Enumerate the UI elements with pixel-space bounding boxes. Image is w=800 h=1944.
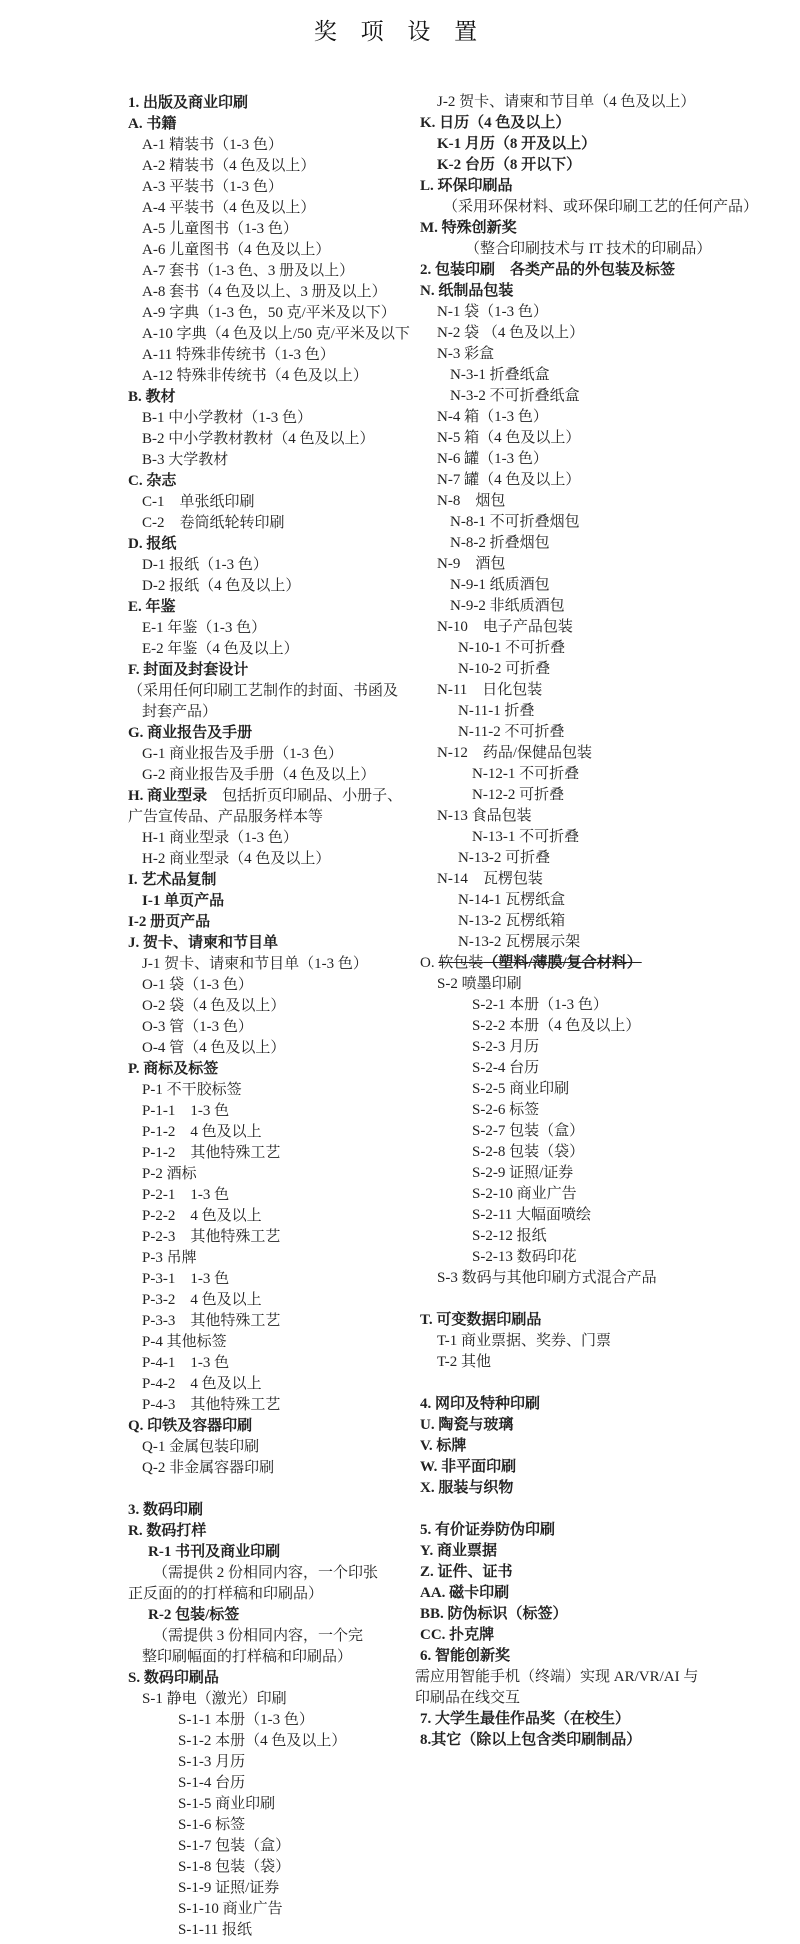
blank-line	[96, 1479, 436, 1500]
line-text: S-2-6 标签	[472, 1102, 539, 1118]
line-text: （整合印刷技术与 IT 技术的印刷品）	[465, 241, 711, 257]
list-line: H. 商业型录 包括折页印刷品、小册子、	[96, 786, 436, 807]
line-text: A. 书籍	[128, 116, 176, 132]
line-text: S-2-2 本册（4 色及以上）	[472, 1018, 640, 1034]
list-line: S-1-5 商业印刷	[96, 1794, 436, 1815]
list-line: H-2 商业型录（4 色及以上）	[96, 849, 436, 870]
list-line: O. 软包装（塑料/薄膜/复合材料）	[404, 953, 800, 974]
list-line: A-6 儿童图书（4 色及以上）	[96, 240, 436, 261]
line-text: W. 非平面印刷	[420, 1459, 516, 1475]
line-text: P-4 其他标签	[142, 1334, 227, 1350]
line-text: A-9 字典（1-3 色，50 克/平米及以下）	[142, 305, 396, 321]
list-line: O-2 袋（4 色及以上）	[96, 996, 436, 1017]
list-line: S-1-1 本册（1-3 色）	[96, 1710, 436, 1731]
line-text: N-8-1 不可折叠烟包	[450, 514, 580, 530]
line-text: 整印刷幅面的打样稿和印刷品）	[142, 1649, 352, 1665]
list-line: P. 商标及标签	[96, 1059, 436, 1080]
line-text: S-2-4 台历	[472, 1060, 539, 1076]
list-line: B. 教材	[96, 387, 436, 408]
list-line: C. 杂志	[96, 471, 436, 492]
line-text: N-3-1 折叠纸盒	[450, 367, 550, 383]
line-text: E-1 年鉴（1-3 色）	[142, 620, 266, 636]
line-text: Q-1 金属包装印刷	[142, 1439, 259, 1455]
line-text: （需提供 3 份相同内容，一个完	[153, 1628, 363, 1644]
line-text: A-7 套书（1-3 色、3 册及以上）	[142, 263, 354, 279]
line-text: S-2-8 包装（袋）	[472, 1144, 584, 1160]
list-line: N-12-2 可折叠	[404, 785, 800, 806]
list-line: G-2 商业报告及手册（4 色及以上）	[96, 765, 436, 786]
line-text: S. 数码印刷品	[128, 1670, 219, 1686]
list-line: O-1 袋（1-3 色）	[96, 975, 436, 996]
list-line: E-2 年鉴（4 色及以上）	[96, 639, 436, 660]
list-line: D-2 报纸（4 色及以上）	[96, 576, 436, 597]
line-text: S-1-6 标签	[178, 1817, 245, 1833]
line-text: N-7 罐（4 色及以上）	[437, 472, 580, 488]
line-text: R. 数码打样	[128, 1523, 206, 1539]
line-text: N-2 袋 （4 色及以上）	[437, 325, 584, 341]
list-line: D. 报纸	[96, 534, 436, 555]
line-text: P-4-2 4 色及以上	[142, 1376, 262, 1392]
list-line: U. 陶瓷与玻璃	[404, 1415, 800, 1436]
line-text: J. 贺卡、请柬和节目单	[128, 935, 278, 951]
list-line: N-11-2 不可折叠	[404, 722, 800, 743]
list-line: Q-2 非金属容器印刷	[96, 1458, 436, 1479]
list-line: N-11-1 折叠	[404, 701, 800, 722]
list-line: S-1 静电（激光）印刷	[96, 1689, 436, 1710]
list-line: A-8 套书（4 色及以上、3 册及以上）	[96, 282, 436, 303]
list-line: AA. 磁卡印刷	[404, 1583, 800, 1604]
list-line: S-1-2 本册（4 色及以上）	[96, 1731, 436, 1752]
line-text: A-2 精装书（4 色及以上）	[142, 158, 315, 174]
list-line: P-1 不干胶标签	[96, 1080, 436, 1101]
list-line: W. 非平面印刷	[404, 1457, 800, 1478]
line-text: N-13-2 瓦楞展示架	[458, 934, 580, 950]
line-text: N-9-1 纸质酒包	[450, 577, 550, 593]
line-text: S-2-1 本册（1-3 色）	[472, 997, 608, 1013]
line-text: S-1-8 包装（袋）	[178, 1859, 290, 1875]
list-line: P-3-3 其他特殊工艺	[96, 1311, 436, 1332]
line-text: K-2 台历（8 开以下）	[437, 157, 581, 173]
line-text: B-1 中小学教材（1-3 色）	[142, 410, 312, 426]
line-text: N-12-1 不可折叠	[472, 766, 579, 782]
list-line: N-11 日化包装	[404, 680, 800, 701]
line-text: A-12 特殊非传统书（4 色及以上）	[142, 368, 368, 384]
list-line: 正反面的的打样稿和印刷品）	[96, 1584, 436, 1605]
list-line: N-13-2 可折叠	[404, 848, 800, 869]
line-text: D-1 报纸（1-3 色）	[142, 557, 268, 573]
line-text: Q-2 非金属容器印刷	[142, 1460, 274, 1476]
list-line: N-9 酒包	[404, 554, 800, 575]
list-line: Z. 证件、证书	[404, 1562, 800, 1583]
list-line: C-2 卷筒纸轮转印刷	[96, 513, 436, 534]
list-line: N-9-2 非纸质酒包	[404, 596, 800, 617]
line-text: S-2-9 证照/证券	[472, 1165, 573, 1181]
line-text: 5. 有价证券防伪印刷	[420, 1522, 555, 1538]
line-text: S-1-4 台历	[178, 1775, 245, 1791]
list-line: N-10-2 可折叠	[404, 659, 800, 680]
list-line: S-2-4 台历	[404, 1058, 800, 1079]
line-text: N-10-2 可折叠	[458, 661, 550, 677]
line-text: T-2 其他	[437, 1354, 491, 1370]
line-text: O-2 袋（4 色及以上）	[142, 998, 285, 1014]
line-text: C-2 卷筒纸轮转印刷	[142, 515, 285, 531]
line-text: N-9 酒包	[437, 556, 505, 572]
line-text: I-2 册页产品	[128, 914, 210, 930]
line-text: 8.其它（除以上包含类印刷制品）	[420, 1732, 641, 1748]
line-text: N-1 袋（1-3 色）	[437, 304, 548, 320]
line-text: A-4 平装书（4 色及以上）	[142, 200, 315, 216]
line-text: S-2-5 商业印刷	[472, 1081, 569, 1097]
line-text: AA. 磁卡印刷	[420, 1585, 509, 1601]
list-line: R-1 书刊及商业印刷	[96, 1542, 436, 1563]
line-text: V. 标牌	[420, 1438, 466, 1454]
list-line: G. 商业报告及手册	[96, 723, 436, 744]
list-line: H-1 商业型录（1-3 色）	[96, 828, 436, 849]
line-text: （采用任何印刷工艺制作的封面、书函及	[128, 683, 398, 699]
list-line: N-9-1 纸质酒包	[404, 575, 800, 596]
list-line: S-1-10 商业广告	[96, 1899, 436, 1920]
line-text: N-12-2 可折叠	[472, 787, 564, 803]
list-line: N-1 袋（1-3 色）	[404, 302, 800, 323]
list-line: A-12 特殊非传统书（4 色及以上）	[96, 366, 436, 387]
line-text: S-2-11 大幅面喷绘	[472, 1207, 591, 1223]
list-line: A-7 套书（1-3 色、3 册及以上）	[96, 261, 436, 282]
line-text: P-2-1 1-3 色	[142, 1187, 229, 1203]
list-line: 2. 包装印刷 各类产品的外包装及标签	[404, 260, 800, 281]
list-line: A-5 儿童图书（1-3 色）	[96, 219, 436, 240]
list-line: N-7 罐（4 色及以上）	[404, 470, 800, 491]
line-text: T. 可变数据印刷品	[420, 1312, 541, 1328]
list-line: D-1 报纸（1-3 色）	[96, 555, 436, 576]
line-text: N-4 箱（1-3 色）	[437, 409, 548, 425]
list-line: K. 日历（4 色及以上）	[404, 113, 800, 134]
line-text: H. 商业型录	[128, 788, 207, 804]
list-line: S-3 数码与其他印刷方式混合产品	[404, 1268, 800, 1289]
list-line: T-2 其他	[404, 1352, 800, 1373]
list-line: E-1 年鉴（1-3 色）	[96, 618, 436, 639]
line-text: S-1-7 包装（盒）	[178, 1838, 290, 1854]
line-text: 2. 包装印刷 各类产品的外包装及标签	[420, 262, 675, 278]
line-text: A-6 儿童图书（4 色及以上）	[142, 242, 330, 258]
list-line: 6. 智能创新奖	[404, 1646, 800, 1667]
list-line: S-2-6 标签	[404, 1100, 800, 1121]
line-text: N-13 食品包装	[437, 808, 532, 824]
line-text: N-11 日化包装	[437, 682, 542, 698]
line-text: N-11-2 不可折叠	[458, 724, 565, 740]
line-text: I. 艺术品复制	[128, 872, 216, 888]
list-line: S-1-8 包装（袋）	[96, 1857, 436, 1878]
list-line: BB. 防伪标识（标签）	[404, 1604, 800, 1625]
list-line: O-4 管（4 色及以上）	[96, 1038, 436, 1059]
list-line: （采用环保材料、或环保印刷工艺的任何产品）	[404, 197, 800, 218]
line-text: S-3 数码与其他印刷方式混合产品	[437, 1270, 657, 1286]
list-line: A-11 特殊非传统书（1-3 色）	[96, 345, 436, 366]
line-text: 软包装	[438, 955, 483, 971]
line-text: S-1-11 报纸	[178, 1922, 252, 1938]
list-line: S-1-6 标签	[96, 1815, 436, 1836]
list-line: N-14 瓦楞包装	[404, 869, 800, 890]
list-line: N-3 彩盒	[404, 344, 800, 365]
list-line: P-2 酒标	[96, 1164, 436, 1185]
list-line: N-8 烟包	[404, 491, 800, 512]
list-line: I-1 单页产品	[96, 891, 436, 912]
list-line: Q. 印铁及容器印刷	[96, 1416, 436, 1437]
line-text: E-2 年鉴（4 色及以上）	[142, 641, 299, 657]
line-text: S-1-1 本册（1-3 色）	[178, 1712, 314, 1728]
list-line: （采用任何印刷工艺制作的封面、书函及	[96, 681, 436, 702]
line-text: P-1-1 1-3 色	[142, 1103, 229, 1119]
list-line: N-6 罐（1-3 色）	[404, 449, 800, 470]
list-line: 8.其它（除以上包含类印刷制品）	[404, 1730, 800, 1751]
line-text: L. 环保印刷品	[420, 178, 513, 194]
line-text: X. 服装与织物	[420, 1480, 513, 1496]
line-text: 4. 网印及特种印刷	[420, 1396, 540, 1412]
blank-line	[404, 1289, 800, 1310]
line-text: N-9-2 非纸质酒包	[450, 598, 565, 614]
line-text: K-1 月历（8 开及以上）	[437, 136, 596, 152]
line-text: A-8 套书（4 色及以上、3 册及以上）	[142, 284, 387, 300]
line-text: G. 商业报告及手册	[128, 725, 252, 741]
list-line: N-3-1 折叠纸盒	[404, 365, 800, 386]
line-text: P-4-3 其他特殊工艺	[142, 1397, 280, 1413]
line-text: S-1-10 商业广告	[178, 1901, 283, 1917]
list-line: N-5 箱（4 色及以上）	[404, 428, 800, 449]
line-text: N-8-2 折叠烟包	[450, 535, 550, 551]
list-line: S-2-8 包装（袋）	[404, 1142, 800, 1163]
line-text: O-3 管（1-3 色）	[142, 1019, 253, 1035]
line-text: S-2 喷墨印刷	[437, 976, 522, 992]
line-text: B. 教材	[128, 389, 176, 405]
line-text: H-2 商业型录（4 色及以上）	[142, 851, 330, 867]
list-line: Y. 商业票据	[404, 1541, 800, 1562]
line-text: BB. 防伪标识（标签）	[420, 1606, 568, 1622]
line-text: P-1 不干胶标签	[142, 1082, 242, 1098]
line-text: （塑料/薄膜/复合材料）	[483, 955, 641, 971]
list-line: 1. 出版及商业印刷	[96, 93, 436, 114]
line-text: N-13-2 瓦楞纸箱	[458, 913, 565, 929]
list-line: N-13-2 瓦楞纸箱	[404, 911, 800, 932]
line-text: Z. 证件、证书	[420, 1564, 513, 1580]
line-text: G-2 商业报告及手册（4 色及以上）	[142, 767, 375, 783]
list-line: P-4-3 其他特殊工艺	[96, 1395, 436, 1416]
list-line: J-2 贺卡、请柬和节目单（4 色及以上）	[404, 92, 800, 113]
line-text: N-8 烟包	[437, 493, 505, 509]
line-text: P-3-2 4 色及以上	[142, 1292, 262, 1308]
list-line: R. 数码打样	[96, 1521, 436, 1542]
line-text: （需提供 2 份相同内容，一个印张	[153, 1565, 378, 1581]
line-text: P-1-2 其他特殊工艺	[142, 1145, 280, 1161]
line-text: B-3 大学教材	[142, 452, 228, 468]
line-text: A-11 特殊非传统书（1-3 色）	[142, 347, 335, 363]
list-line: P-3-1 1-3 色	[96, 1269, 436, 1290]
line-text: S-1-3 月历	[178, 1754, 245, 1770]
list-line: R-2 包装/标签	[96, 1605, 436, 1626]
left-column: 1. 出版及商业印刷A. 书籍A-1 精装书（1-3 色）A-2 精装书（4 色…	[96, 93, 436, 1941]
list-line: S-2-9 证照/证券	[404, 1163, 800, 1184]
list-line: A-9 字典（1-3 色，50 克/平米及以下）	[96, 303, 436, 324]
list-line: P-1-2 4 色及以上	[96, 1122, 436, 1143]
line-text: N-6 罐（1-3 色）	[437, 451, 548, 467]
line-text: O.	[420, 955, 438, 971]
line-text: G-1 商业报告及手册（1-3 色）	[142, 746, 343, 762]
line-text: O-4 管（4 色及以上）	[142, 1040, 285, 1056]
line-text: S-1-5 商业印刷	[178, 1796, 275, 1812]
list-line: K-2 台历（8 开以下）	[404, 155, 800, 176]
line-text: 6. 智能创新奖	[420, 1648, 510, 1664]
list-line: P-1-2 其他特殊工艺	[96, 1143, 436, 1164]
list-line: N-3-2 不可折叠纸盒	[404, 386, 800, 407]
list-line: P-1-1 1-3 色	[96, 1101, 436, 1122]
line-text: P. 商标及标签	[128, 1061, 218, 1077]
list-line: P-2-3 其他特殊工艺	[96, 1227, 436, 1248]
list-line: 印刷品在线交互	[404, 1688, 800, 1709]
list-line: N-2 袋 （4 色及以上）	[404, 323, 800, 344]
list-line: A-4 平装书（4 色及以上）	[96, 198, 436, 219]
line-text: N-11-1 折叠	[458, 703, 535, 719]
list-line: O-3 管（1-3 色）	[96, 1017, 436, 1038]
line-text: 包括折页印刷品、小册子、	[207, 788, 402, 804]
list-line: T-1 商业票据、奖券、门票	[404, 1331, 800, 1352]
line-text: J-1 贺卡、请柬和节目单（1-3 色）	[142, 956, 368, 972]
line-text: A-1 精装书（1-3 色）	[142, 137, 283, 153]
list-line: N-10-1 不可折叠	[404, 638, 800, 659]
line-text: N-10-1 不可折叠	[458, 640, 565, 656]
list-line: 3. 数码印刷	[96, 1500, 436, 1521]
list-line: 需应用智能手机（终端）实现 AR/VR/AI 与	[404, 1667, 800, 1688]
line-text: A-5 儿童图书（1-3 色）	[142, 221, 298, 237]
line-text: E. 年鉴	[128, 599, 176, 615]
list-line: J. 贺卡、请柬和节目单	[96, 933, 436, 954]
line-text: S-2-13 数码印花	[472, 1249, 577, 1265]
line-text: D. 报纸	[128, 536, 176, 552]
line-text: （采用环保材料、或环保印刷工艺的任何产品）	[443, 199, 758, 215]
list-line: N-12-1 不可折叠	[404, 764, 800, 785]
line-text: M. 特殊创新奖	[420, 220, 517, 236]
list-line: B-2 中小学教材教材（4 色及以上）	[96, 429, 436, 450]
line-text: N-12 药品/保健品包装	[437, 745, 592, 761]
line-text: 封套产品）	[142, 704, 217, 720]
line-text: N-14 瓦楞包装	[437, 871, 543, 887]
list-line: N-8-1 不可折叠烟包	[404, 512, 800, 533]
blank-line	[404, 1499, 800, 1520]
line-text: P-3-3 其他特殊工艺	[142, 1313, 280, 1329]
line-text: 需应用智能手机（终端）实现 AR/VR/AI 与	[415, 1669, 698, 1685]
list-line: X. 服装与织物	[404, 1478, 800, 1499]
list-line: CC. 扑克牌	[404, 1625, 800, 1646]
line-text: C-1 单张纸印刷	[142, 494, 255, 510]
list-line: S-1-11 报纸	[96, 1920, 436, 1941]
list-line: （整合印刷技术与 IT 技术的印刷品）	[404, 239, 800, 260]
list-line: N-8-2 折叠烟包	[404, 533, 800, 554]
list-line: S-2-12 报纸	[404, 1226, 800, 1247]
line-text: A-3 平装书（1-3 色）	[142, 179, 283, 195]
line-text: S-1-2 本册（4 色及以上）	[178, 1733, 346, 1749]
list-line: 整印刷幅面的打样稿和印刷品）	[96, 1647, 436, 1668]
list-line: F. 封面及封套设计	[96, 660, 436, 681]
list-line: 广告宣传品、产品服务样本等	[96, 807, 436, 828]
line-text: S-1-9 证照/证券	[178, 1880, 279, 1896]
list-line: S-1-3 月历	[96, 1752, 436, 1773]
list-line: E. 年鉴	[96, 597, 436, 618]
line-text: P-2-3 其他特殊工艺	[142, 1229, 280, 1245]
list-line: A-3 平装书（1-3 色）	[96, 177, 436, 198]
line-text: S-2-12 报纸	[472, 1228, 547, 1244]
line-text: P-4-1 1-3 色	[142, 1355, 229, 1371]
list-line: M. 特殊创新奖	[404, 218, 800, 239]
line-text: Y. 商业票据	[420, 1543, 497, 1559]
line-text: C. 杂志	[128, 473, 176, 489]
list-line: S-1-9 证照/证券	[96, 1878, 436, 1899]
line-text: P-1-2 4 色及以上	[142, 1124, 262, 1140]
line-text: N-3-2 不可折叠纸盒	[450, 388, 580, 404]
list-line: B-3 大学教材	[96, 450, 436, 471]
list-line: B-1 中小学教材（1-3 色）	[96, 408, 436, 429]
list-line: P-3-2 4 色及以上	[96, 1290, 436, 1311]
line-text: T-1 商业票据、奖券、门票	[437, 1333, 611, 1349]
line-text: P-2 酒标	[142, 1166, 197, 1182]
line-text: 1. 出版及商业印刷	[128, 95, 248, 111]
line-text: S-2-3 月历	[472, 1039, 539, 1055]
list-line: L. 环保印刷品	[404, 176, 800, 197]
line-text: 印刷品在线交互	[415, 1690, 520, 1706]
line-text: 3. 数码印刷	[128, 1502, 203, 1518]
list-line: I-2 册页产品	[96, 912, 436, 933]
line-text: N-5 箱（4 色及以上）	[437, 430, 580, 446]
list-line: S-2-3 月历	[404, 1037, 800, 1058]
list-line: P-2-1 1-3 色	[96, 1185, 436, 1206]
list-line: S-2-2 本册（4 色及以上）	[404, 1016, 800, 1037]
list-line: V. 标牌	[404, 1436, 800, 1457]
list-line: A-1 精装书（1-3 色）	[96, 135, 436, 156]
line-text: N-3 彩盒	[437, 346, 494, 362]
list-line: （需提供 3 份相同内容，一个完	[96, 1626, 436, 1647]
line-text: P-3-1 1-3 色	[142, 1271, 229, 1287]
line-text: P-2-2 4 色及以上	[142, 1208, 262, 1224]
list-line: G-1 商业报告及手册（1-3 色）	[96, 744, 436, 765]
line-text: S-2-10 商业广告	[472, 1186, 577, 1202]
list-line: P-4-1 1-3 色	[96, 1353, 436, 1374]
line-text: J-2 贺卡、请柬和节目单（4 色及以上）	[437, 94, 695, 110]
list-line: N-13 食品包装	[404, 806, 800, 827]
list-line: S-2 喷墨印刷	[404, 974, 800, 995]
line-text: 7. 大学生最佳作品奖（在校生）	[420, 1711, 630, 1727]
line-text: F. 封面及封套设计	[128, 662, 248, 678]
list-line: S-2-11 大幅面喷绘	[404, 1205, 800, 1226]
line-text: S-1 静电（激光）印刷	[142, 1691, 287, 1707]
line-text: N-13-1 不可折叠	[472, 829, 579, 845]
list-line: T. 可变数据印刷品	[404, 1310, 800, 1331]
list-line: N-13-2 瓦楞展示架	[404, 932, 800, 953]
list-line: N-14-1 瓦楞纸盒	[404, 890, 800, 911]
line-text: 广告宣传品、产品服务样本等	[128, 809, 323, 825]
list-line: K-1 月历（8 开及以上）	[404, 134, 800, 155]
line-text: N-14-1 瓦楞纸盒	[458, 892, 565, 908]
list-line: 5. 有价证券防伪印刷	[404, 1520, 800, 1541]
line-text: K. 日历（4 色及以上）	[420, 115, 570, 131]
list-line: N-12 药品/保健品包装	[404, 743, 800, 764]
list-line: A-10 字典（4 色及以上/50 克/平米及以下	[96, 324, 436, 345]
line-text: O-1 袋（1-3 色）	[142, 977, 253, 993]
list-line: 4. 网印及特种印刷	[404, 1394, 800, 1415]
list-line: C-1 单张纸印刷	[96, 492, 436, 513]
list-line: 7. 大学生最佳作品奖（在校生）	[404, 1709, 800, 1730]
list-line: S-2-10 商业广告	[404, 1184, 800, 1205]
line-text: A-10 字典（4 色及以上/50 克/平米及以下	[142, 326, 410, 342]
line-text: CC. 扑克牌	[420, 1627, 494, 1643]
list-line: S-1-4 台历	[96, 1773, 436, 1794]
line-text: H-1 商业型录（1-3 色）	[142, 830, 298, 846]
list-line: I. 艺术品复制	[96, 870, 436, 891]
